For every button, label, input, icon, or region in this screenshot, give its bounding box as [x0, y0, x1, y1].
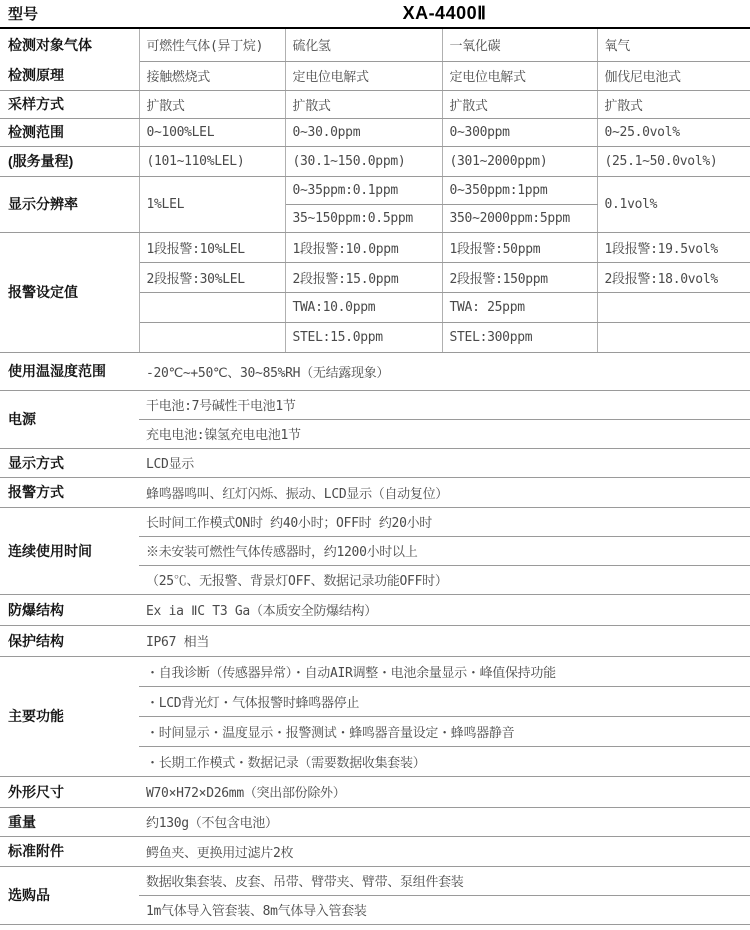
- cell-stel-combustible: [139, 322, 285, 352]
- cell-twa-combustible: [139, 292, 285, 322]
- table-row-power-1: 电源 干电池:7号碱性干电池1节: [0, 390, 750, 419]
- cell-alarm-method: 蜂鸣器鸣叫、红灯闪烁、振动、LCD显示（自动复位）: [139, 477, 750, 507]
- table-row-principle: 检测原理 接触燃烧式 定电位电解式 定电位电解式 伽伐尼电池式: [0, 61, 750, 90]
- cell-service-combustible: (101~110%LEL): [139, 146, 285, 176]
- cell-dimensions: W70×H72×D26mm（突出部份除外）: [139, 776, 750, 807]
- row-label-alarm: 报警设定值: [0, 232, 139, 352]
- cell-resolution-h2s-low: 0~35ppm:0.1ppm: [285, 176, 442, 204]
- cell-range-co: 0~300ppm: [442, 118, 597, 146]
- table-row-alarm-method: 报警方式 蜂鸣器鸣叫、红灯闪烁、振动、LCD显示（自动复位）: [0, 477, 750, 507]
- cell-power-dry: 干电池:7号碱性干电池1节: [139, 390, 750, 419]
- cell-alarm2-co: 2段报警:150ppm: [442, 262, 597, 292]
- cell-explosion: Ex ia ⅡC T3 Ga（本质安全防爆结构）: [139, 594, 750, 625]
- spec-sheet: 型号 XA-4400Ⅱ 检测对象气体 可燃性气体(异丁烷) 硫化氢 一氧化碳 氧…: [0, 0, 750, 930]
- model-row-label: 型号: [0, 0, 139, 28]
- cell-twa-h2s: TWA:10.0ppm: [285, 292, 442, 322]
- cell-stel-h2s: STEL:15.0ppm: [285, 322, 442, 352]
- cell-sampling-oxygen: 扩散式: [597, 90, 750, 118]
- row-label-principle: 检测原理: [0, 61, 139, 90]
- cell-functions-4: ・长期工作模式・数据记录（需要数据收集套装）: [139, 746, 750, 776]
- cell-options-2: 1m气体导入管套装、8m气体导入管套装: [139, 895, 750, 924]
- table-row-options-1: 选购品 数据收集套装、皮套、吊带、臂带夹、臂带、泵组件套装: [0, 866, 750, 895]
- cell-alarm1-oxygen: 1段报警:19.5vol%: [597, 232, 750, 262]
- row-label-weight: 重量: [0, 807, 139, 836]
- row-label-temp-humidity: 使用温湿度范围: [0, 352, 139, 390]
- row-label-functions: 主要功能: [0, 656, 139, 776]
- cell-stel-co: STEL:300ppm: [442, 322, 597, 352]
- cell-twa-co: TWA: 25ppm: [442, 292, 597, 322]
- cell-continuous-conditions: （25℃、无报警、背景灯OFF、数据记录功能OFF时）: [139, 565, 750, 594]
- row-label-sampling: 采样方式: [0, 90, 139, 118]
- cell-resolution-combustible: 1%LEL: [139, 176, 285, 232]
- cell-sampling-h2s: 扩散式: [285, 90, 442, 118]
- table-row-functions-1: 主要功能 ・自我诊断（传感器异常）・自动AIR调整・电池余量显示・峰值保持功能: [0, 656, 750, 686]
- cell-gas-h2s: 硫化氢: [285, 28, 442, 61]
- cell-resolution-co-high: 350~2000ppm:5ppm: [442, 204, 597, 232]
- cell-alarm2-oxygen: 2段报警:18.0vol%: [597, 262, 750, 292]
- cell-alarm1-co: 1段报警:50ppm: [442, 232, 597, 262]
- cell-sampling-combustible: 扩散式: [139, 90, 285, 118]
- row-label-alarm-method: 报警方式: [0, 477, 139, 507]
- table-row-gas: 检测对象气体 可燃性气体(异丁烷) 硫化氢 一氧化碳 氧气: [0, 28, 750, 61]
- table-row-weight: 重量 约130g（不包含电池）: [0, 807, 750, 836]
- cell-alarm2-h2s: 2段报警:15.0ppm: [285, 262, 442, 292]
- cell-resolution-co-low: 0~350ppm:1ppm: [442, 176, 597, 204]
- row-label-resolution: 显示分辨率: [0, 176, 139, 232]
- table-row-dimensions: 外形尺寸 W70×H72×D26mm（突出部份除外）: [0, 776, 750, 807]
- cell-service-h2s: (30.1~150.0ppm): [285, 146, 442, 176]
- row-label-power: 电源: [0, 390, 139, 448]
- page-title-model: XA-4400Ⅱ: [139, 0, 750, 28]
- cell-sampling-co: 扩散式: [442, 90, 597, 118]
- table-row-explosion: 防爆结构 Ex ia ⅡC T3 Ga（本质安全防爆结构）: [0, 594, 750, 625]
- row-label-protection: 保护结构: [0, 625, 139, 656]
- cell-protection: IP67 相当: [139, 625, 750, 656]
- table-row-temp-humidity: 使用温湿度范围 -20℃~+50℃、30~85%RH（无结露现象）: [0, 352, 750, 390]
- cell-range-h2s: 0~30.0ppm: [285, 118, 442, 146]
- table-row-protection: 保护结构 IP67 相当: [0, 625, 750, 656]
- cell-continuous-mode: 长时间工作模式ON时 约40小时；OFF时 约20小时: [139, 507, 750, 536]
- table-row-sampling: 采样方式 扩散式 扩散式 扩散式 扩散式: [0, 90, 750, 118]
- cell-stel-oxygen: [597, 322, 750, 352]
- cell-temp-humidity: -20℃~+50℃、30~85%RH（无结露现象）: [139, 352, 750, 390]
- cell-functions-3: ・时间显示・温度显示・报警测试・蜂鸣器音量设定・蜂鸣器静音: [139, 716, 750, 746]
- cell-options-1: 数据收集套装、皮套、吊带、臂带夹、臂带、泵组件套装: [139, 866, 750, 895]
- table-row-resolution-1: 显示分辨率 1%LEL 0~35ppm:0.1ppm 0~350ppm:1ppm…: [0, 176, 750, 204]
- row-label-gas: 检测对象气体: [0, 28, 139, 61]
- cell-functions-1: ・自我诊断（传感器异常）・自动AIR调整・电池余量显示・峰值保持功能: [139, 656, 750, 686]
- cell-functions-2: ・LCD背光灯・气体报警时蜂鸣器停止: [139, 686, 750, 716]
- spec-table: 型号 XA-4400Ⅱ 检测对象气体 可燃性气体(异丁烷) 硫化氢 一氧化碳 氧…: [0, 0, 750, 925]
- row-label-display: 显示方式: [0, 448, 139, 477]
- table-row-service: (服务量程) (101~110%LEL) (30.1~150.0ppm) (30…: [0, 146, 750, 176]
- cell-resolution-oxygen: 0.1vol%: [597, 176, 750, 232]
- cell-continuous-note: ※未安装可燃性气体传感器时，约1200小时以上: [139, 536, 750, 565]
- row-label-continuous: 连续使用时间: [0, 507, 139, 594]
- table-row-accessories: 标准附件 鳄鱼夹、更换用过滤片2枚: [0, 836, 750, 866]
- cell-resolution-h2s-high: 35~150ppm:0.5ppm: [285, 204, 442, 232]
- row-label-range: 检测范围: [0, 118, 139, 146]
- table-row-continuous-1: 连续使用时间 长时间工作模式ON时 约40小时；OFF时 约20小时: [0, 507, 750, 536]
- cell-alarm1-combustible: 1段报警:10%LEL: [139, 232, 285, 262]
- cell-gas-oxygen: 氧气: [597, 28, 750, 61]
- cell-principle-co: 定电位电解式: [442, 61, 597, 90]
- cell-power-rechargeable: 充电电池:镍氢充电电池1节: [139, 419, 750, 448]
- cell-principle-h2s: 定电位电解式: [285, 61, 442, 90]
- cell-principle-combustible: 接触燃烧式: [139, 61, 285, 90]
- cell-alarm1-h2s: 1段报警:10.0ppm: [285, 232, 442, 262]
- row-label-accessories: 标准附件: [0, 836, 139, 866]
- cell-range-oxygen: 0~25.0vol%: [597, 118, 750, 146]
- cell-gas-combustible: 可燃性气体(异丁烷): [139, 28, 285, 61]
- table-row-range: 检测范围 0~100%LEL 0~30.0ppm 0~300ppm 0~25.0…: [0, 118, 750, 146]
- row-label-options: 选购品: [0, 866, 139, 924]
- cell-range-combustible: 0~100%LEL: [139, 118, 285, 146]
- row-label-dimensions: 外形尺寸: [0, 776, 139, 807]
- cell-weight: 约130g（不包含电池）: [139, 807, 750, 836]
- cell-service-oxygen: (25.1~50.0vol%): [597, 146, 750, 176]
- cell-alarm2-combustible: 2段报警:30%LEL: [139, 262, 285, 292]
- table-row-display: 显示方式 LCD显示: [0, 448, 750, 477]
- cell-service-co: (301~2000ppm): [442, 146, 597, 176]
- cell-display: LCD显示: [139, 448, 750, 477]
- table-row-header: 型号 XA-4400Ⅱ: [0, 0, 750, 28]
- row-label-service: (服务量程): [0, 146, 139, 176]
- cell-accessories: 鳄鱼夹、更换用过滤片2枚: [139, 836, 750, 866]
- table-row-alarm-1: 报警设定值 1段报警:10%LEL 1段报警:10.0ppm 1段报警:50pp…: [0, 232, 750, 262]
- cell-twa-oxygen: [597, 292, 750, 322]
- cell-gas-co: 一氧化碳: [442, 28, 597, 61]
- row-label-explosion: 防爆结构: [0, 594, 139, 625]
- cell-principle-oxygen: 伽伐尼电池式: [597, 61, 750, 90]
